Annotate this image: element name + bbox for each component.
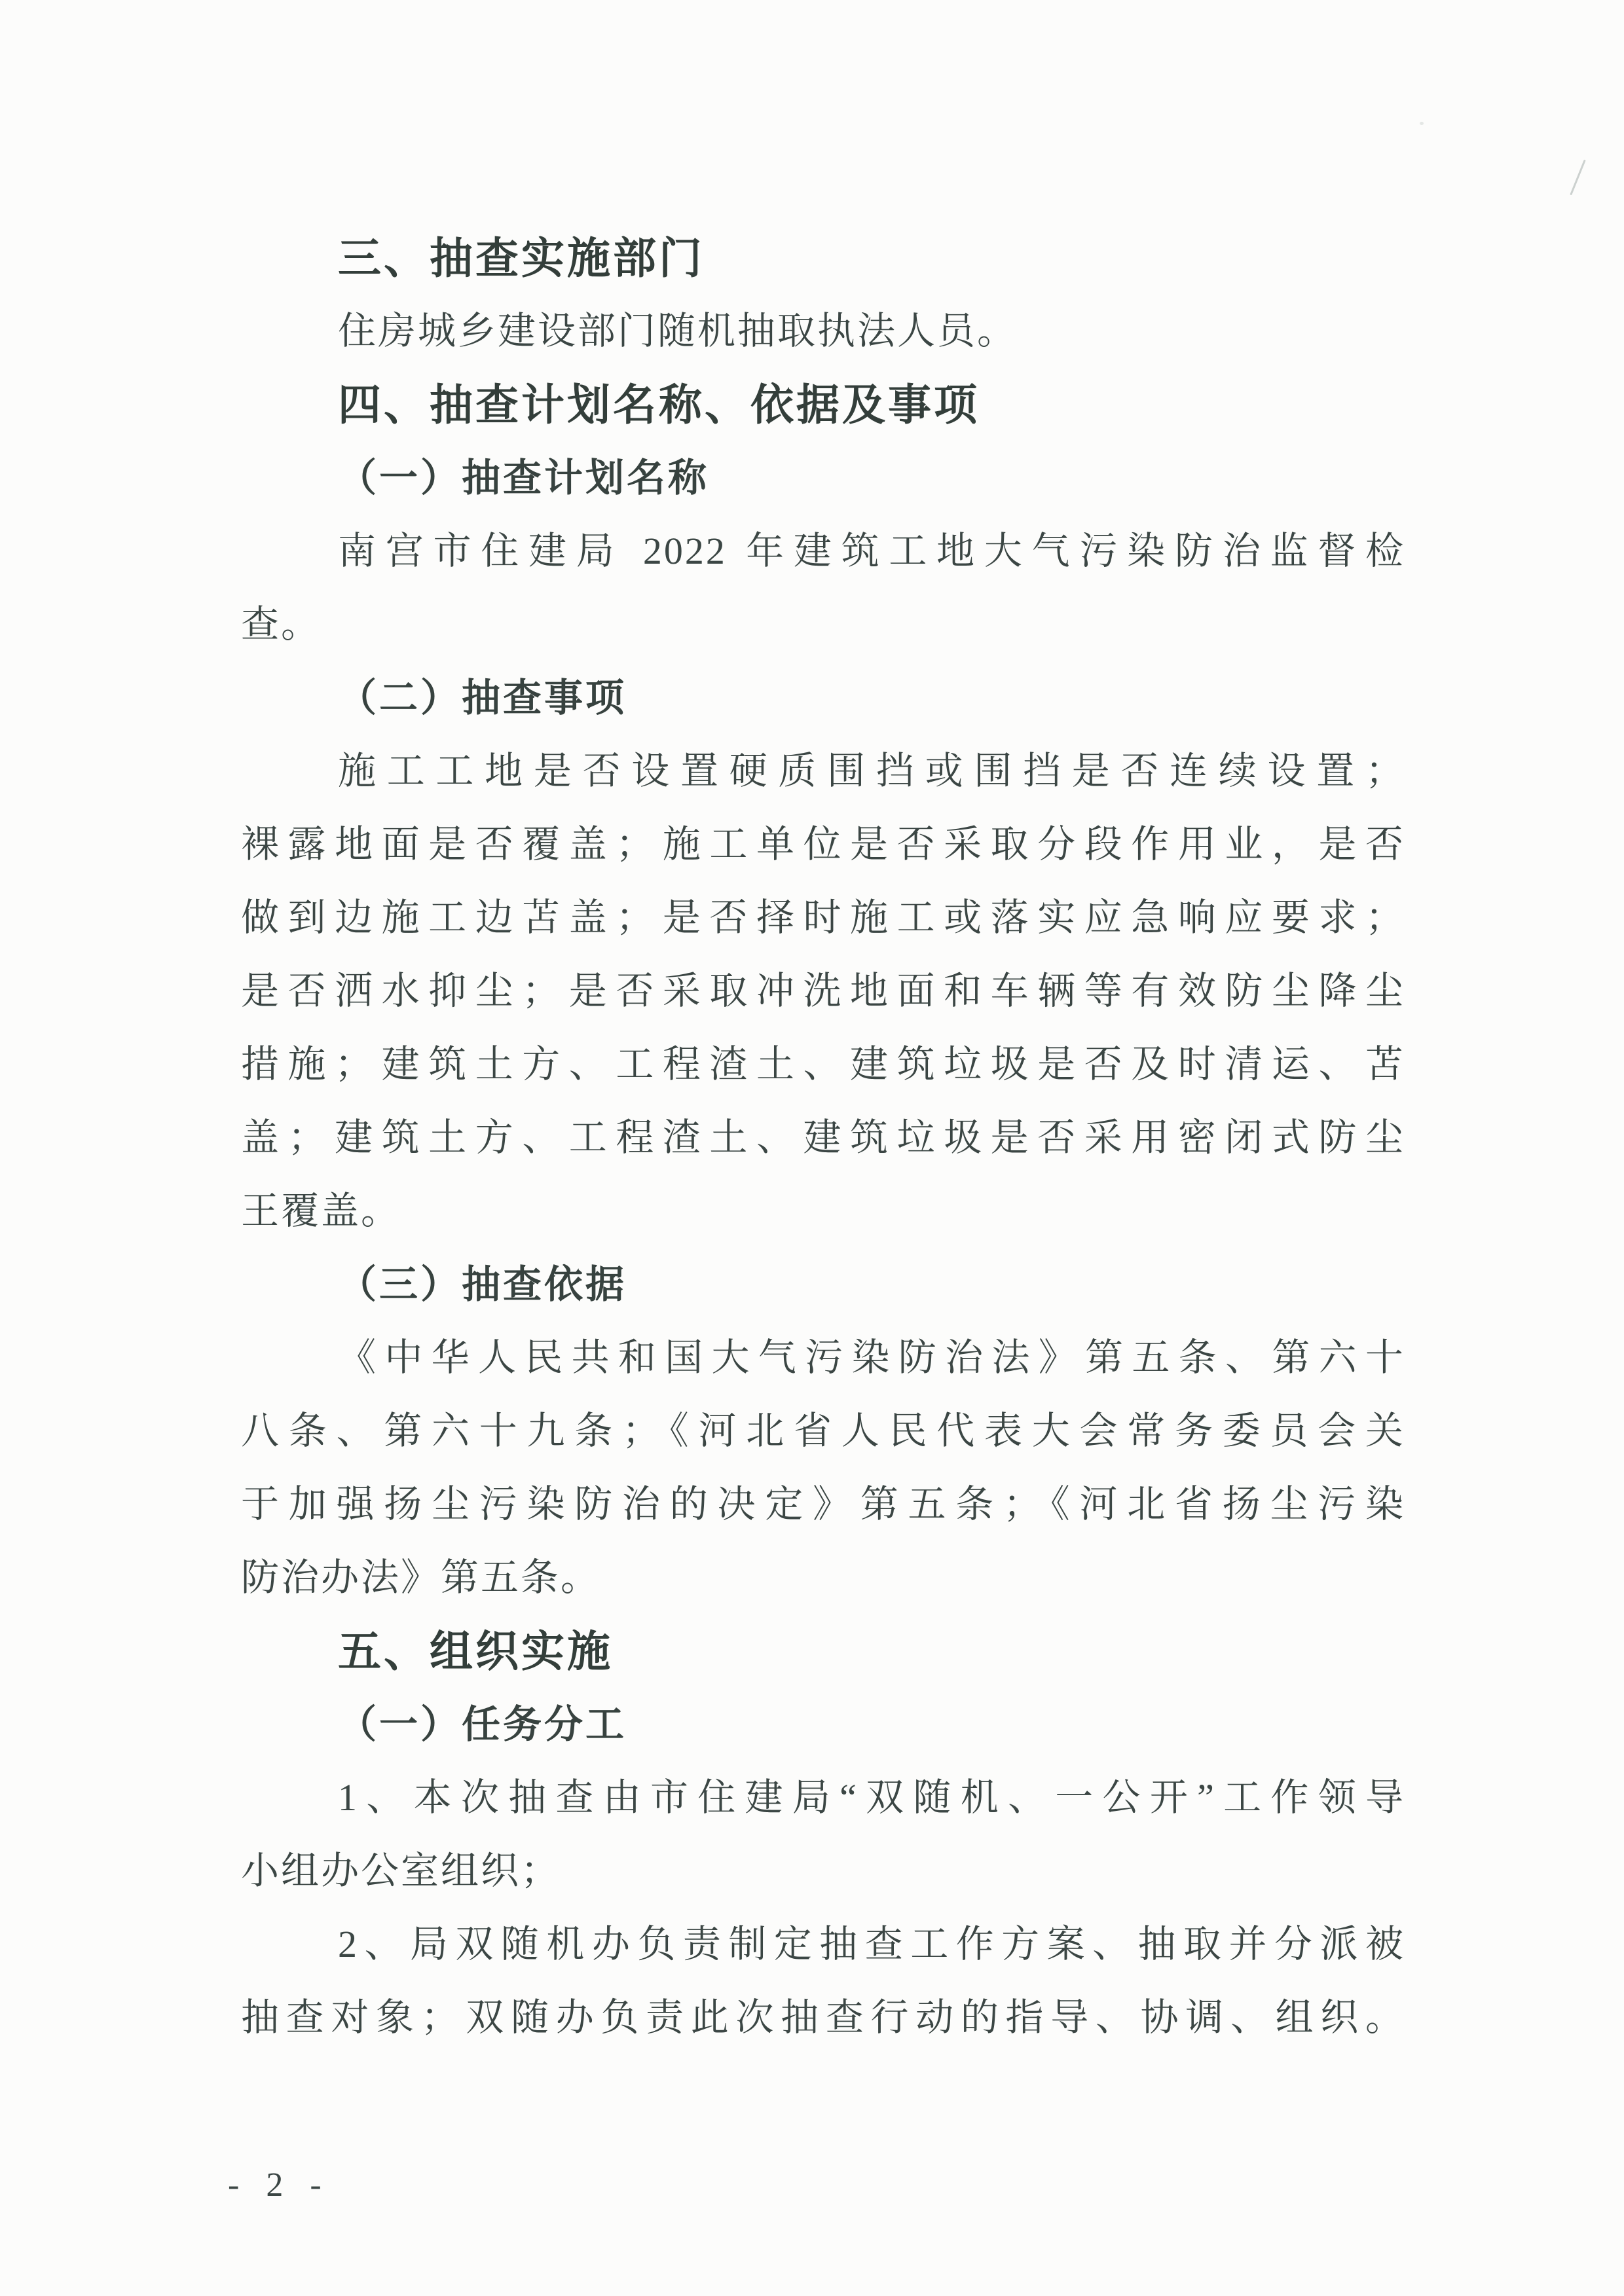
text-line: 小组办公室组织； [241,1834,1405,1908]
section-heading: 三、抽查实施部门 [241,221,1405,295]
page-number: - 2 - [228,2166,331,2204]
text-line: 《中华人民共和国大气污染防治法》第五条、第六十 [241,1321,1405,1394]
sub-heading: （一）任务分工 [241,1688,1405,1761]
text-line: 抽查对象；双随办负责此次抽查行动的指导、协调、组织。 [241,1981,1405,2054]
sub-heading: （三）抽查依据 [241,1248,1405,1321]
scan-speck-artifact [367,765,372,767]
text-line: 1、本次抽查由市住建局“双随机、一公开”工作领导 [241,1761,1405,1834]
scan-scratch-artifact [1570,160,1586,196]
sub-heading: （二）抽查事项 [241,661,1405,735]
text-line: 是否洒水抑尘；是否采取冲洗地面和车辆等有效防尘降尘 [241,955,1405,1028]
text-line: 2、局双随机办负责制定抽查工作方案、抽取并分派被 [241,1908,1405,1981]
text-line: 八条、第六十九条；《河北省人民代表大会常务委员会关 [241,1394,1405,1468]
text-line: 措施；建筑土方、工程渣土、建筑垃圾是否及时清运、苫 [241,1028,1405,1101]
document-page: 三、抽查实施部门住房城乡建设部门随机抽取执法人员。四、抽查计划名称、依据及事项（… [0,0,1624,2296]
text-line: 南宫市住建局 2022 年建筑工地大气污染防治监督检 [241,515,1405,588]
text-line: 盖；建筑土方、工程渣土、建筑垃圾是否采用密闭式防尘 [241,1101,1405,1175]
sub-heading: （一）抽查计划名称 [241,441,1405,515]
text-line: 住房城乡建设部门随机抽取执法人员。 [241,295,1405,368]
text-line: 王覆盖。 [241,1175,1405,1248]
text-line: 施工工地是否设置硬质围挡或围挡是否连续设置； [241,735,1405,808]
text-line: 做到边施工边苫盖；是否择时施工或落实应急响应要求； [241,881,1405,955]
section-heading: 五、组织实施 [241,1614,1405,1688]
text-line: 防治办法》第五条。 [241,1541,1405,1614]
text-line: 于加强扬尘污染防治的决定》第五条；《河北省扬尘污染 [241,1468,1405,1541]
section-heading: 四、抽查计划名称、依据及事项 [241,368,1405,441]
text-line: 查。 [241,588,1405,661]
text-line: 裸露地面是否覆盖；施工单位是否采取分段作用业，是否 [241,808,1405,881]
document-body: 三、抽查实施部门住房城乡建设部门随机抽取执法人员。四、抽查计划名称、依据及事项（… [241,221,1405,2054]
scan-speck-artifact [1420,122,1424,125]
